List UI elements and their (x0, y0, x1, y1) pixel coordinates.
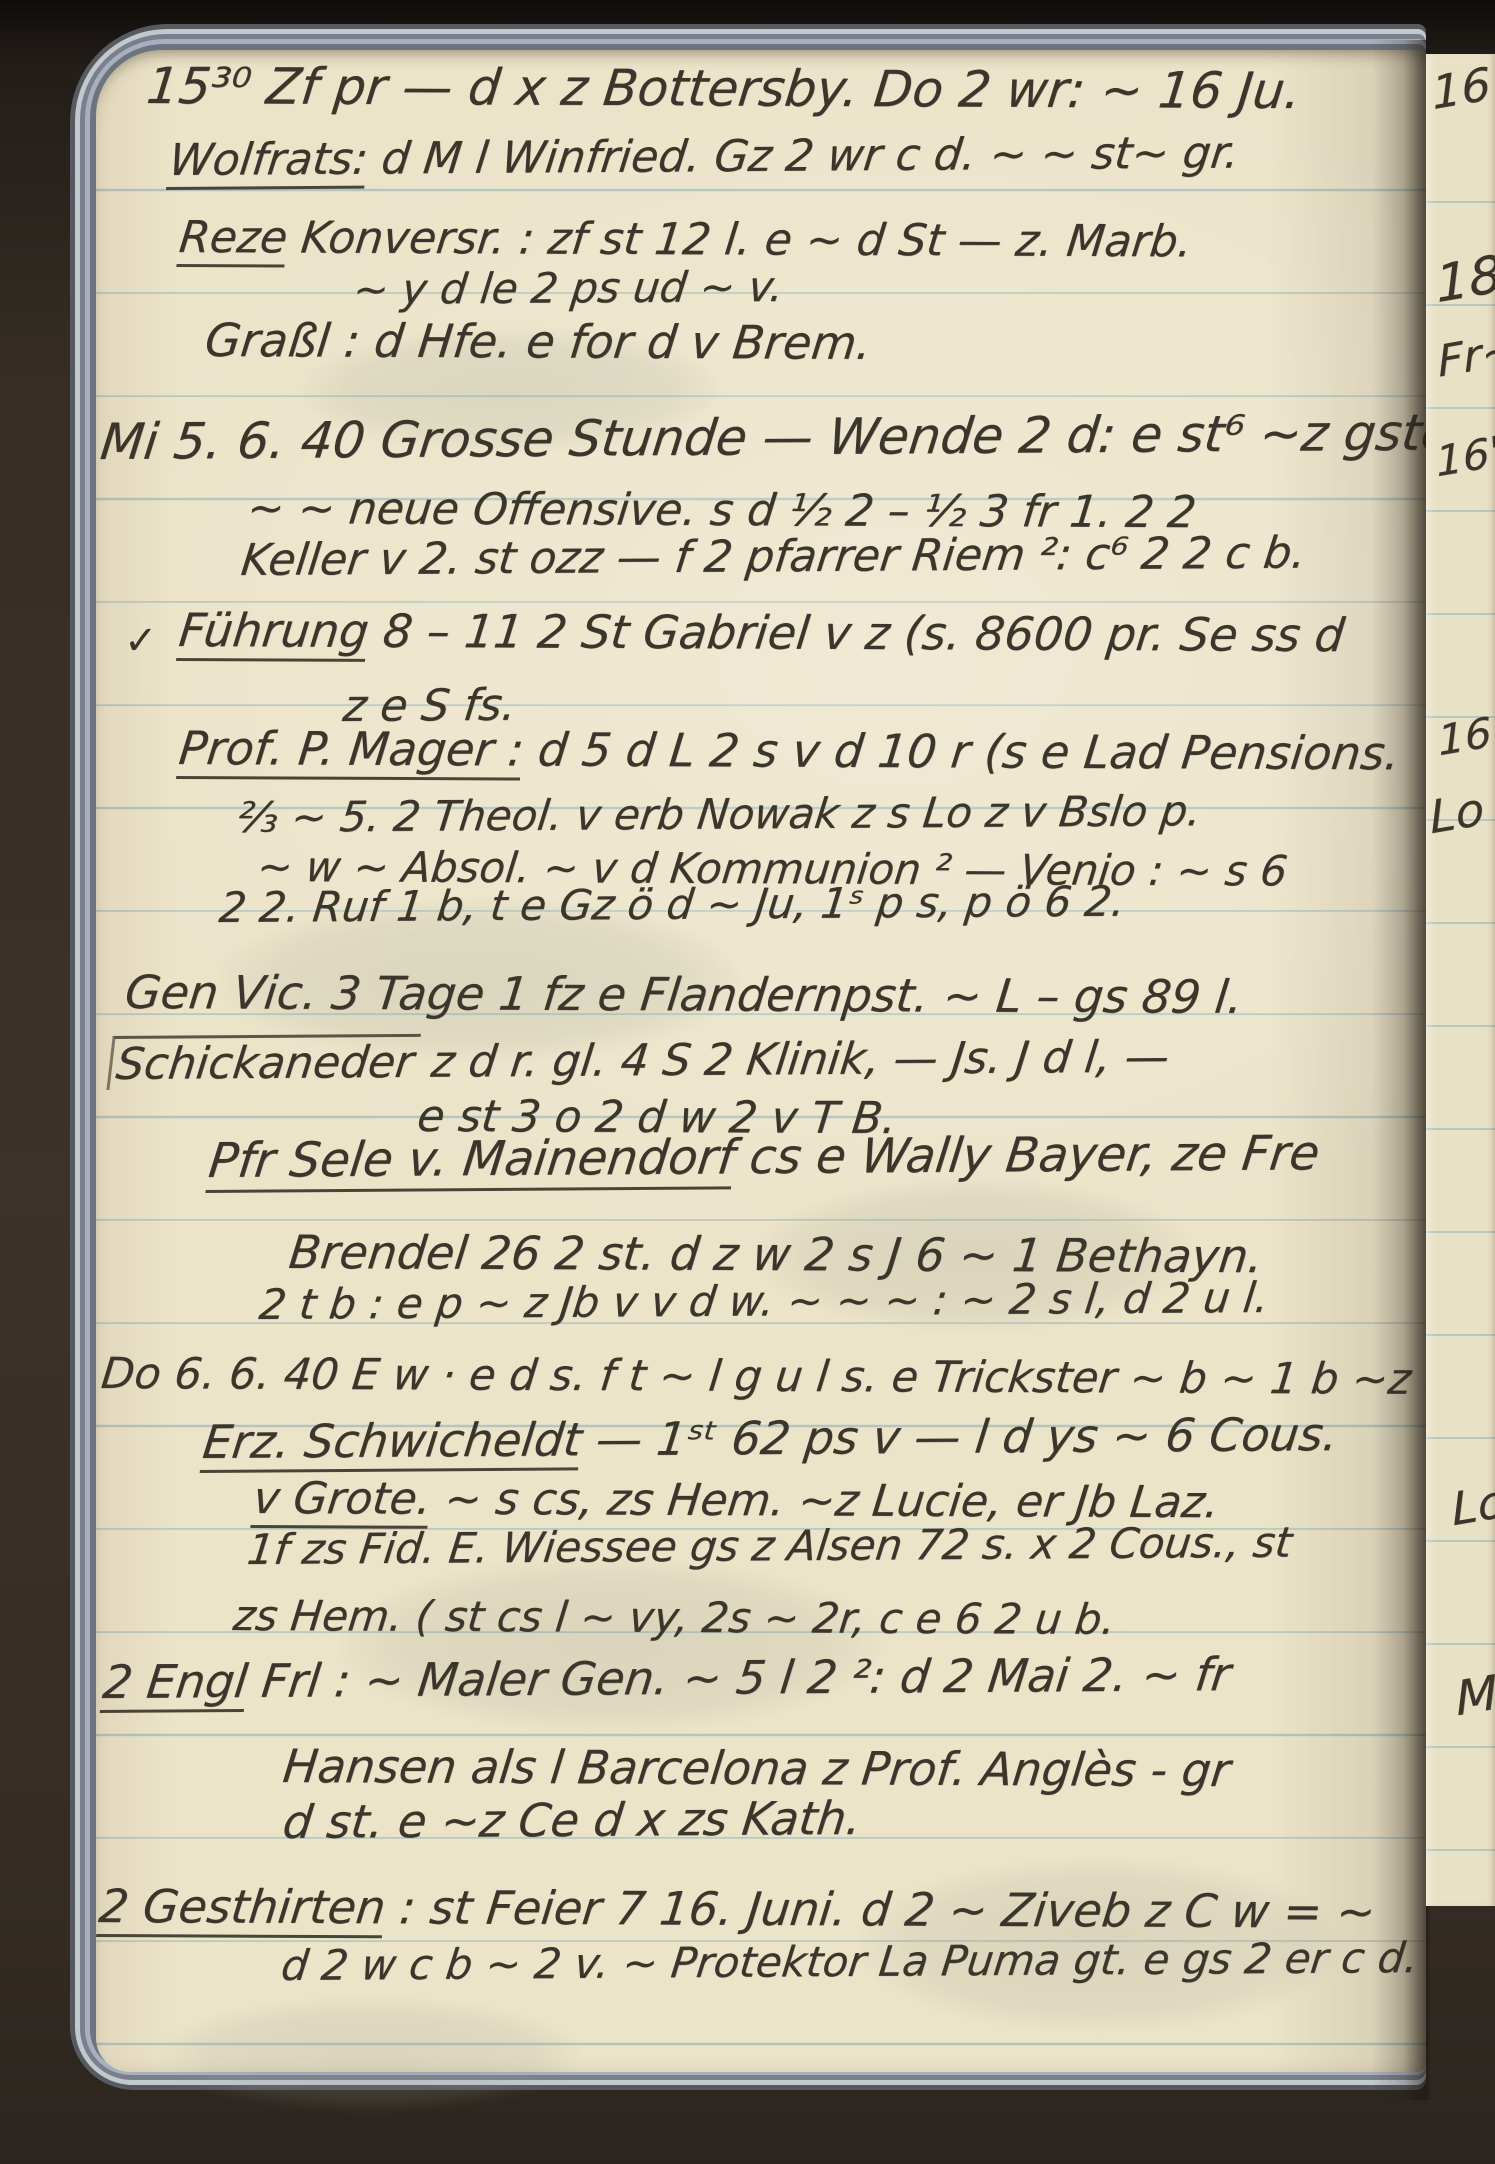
line-text: 8 – 11 2 St Gabriel v z (s. 8600 pr. Se … (366, 604, 1347, 662)
line-text: zs Hem. ( st cs l ~ vy, 2s ~ 2r, c e 6 2… (231, 1591, 1118, 1644)
gutter-shadow (1372, 40, 1430, 2100)
line-text: Mi 5. 6. 40 Grosse Stunde — Wende 2 d: e… (98, 403, 1495, 471)
diary-photo: ✓ 15³⁰ Zf pr — d x z Bottersby. Do 2 wr:… (0, 0, 1495, 2164)
line-text: cs e Wally Bayer, ze Fre (731, 1125, 1322, 1185)
facing-page-fragment: 16 (1436, 708, 1493, 766)
handwriting-line: Prof. P. Mager : d 5 d L 2 s v d 10 r (s… (177, 724, 1402, 778)
handwriting-line: 2 Gesthirten : st Feier 7 16. Juni. d 2 … (97, 1882, 1378, 1936)
handwriting-line: 1f zs Fid. E. Wiessee gs z Alsen 72 s. x… (245, 1521, 1294, 1572)
line-text: : st Feier 7 16. Juni. d 2 ~ Ziveb z C w… (382, 1880, 1378, 1938)
underlined-heading: Führung (176, 603, 372, 662)
handwriting-line: Hansen als l Barcelona z Prof. Anglès - … (281, 1742, 1233, 1794)
check-mark: ✓ (124, 618, 158, 664)
facing-page-fragment: Lo (1450, 1474, 1495, 1537)
handwriting-line: 15³⁰ Zf pr — d x z Bottersby. Do 2 wr: ~… (144, 60, 1303, 118)
line-text: Konversr. : zf st 12 l. e ~ d St — z. Ma… (285, 212, 1195, 267)
handwriting-line: Schickaneder z d r. gl. 4 S 2 Klinik, — … (107, 1035, 1172, 1089)
underlined-heading: v Grote. (250, 1473, 433, 1529)
underlined-heading: Prof. P. Mager : (176, 721, 527, 781)
line-text: 15³⁰ Zf pr — d x z Bottersby. Do 2 wr: ~… (144, 57, 1304, 120)
line-text: 1f zs Fid. E. Wiessee gs z Alsen 72 s. x… (245, 1518, 1295, 1574)
handwriting-line: Graßl : d Hfe. e for d v Brem. (203, 316, 874, 367)
line-text: Frl : ~ Maler Gen. ~ 5 l 2 ²: d 2 Mai 2.… (244, 1647, 1233, 1708)
line-text: 2 2. Ruf 1 b, t e Gz ö d ~ Ju, 1ˢ p s, p… (217, 877, 1128, 932)
handwriting-line: 2 2. Ruf 1 b, t e Gz ö d ~ Ju, 1ˢ p s, p… (217, 880, 1128, 930)
line-text: ~ y d le 2 ps ud ~ v. (351, 262, 787, 314)
line-text: 2 t b : e p ~ z Jb v v d w. ~ ~ ~ : ~ 2 … (257, 1273, 1272, 1329)
handwriting-line: zs Hem. ( st cs l ~ vy, 2s ~ 2r, c e 6 2… (231, 1594, 1117, 1642)
handwriting-line: Erz. Schwicheldt — 1ˢᵗ 62 ps v — l d ys … (200, 1410, 1340, 1466)
handwriting-line: Brendel 26 2 st. d z w 2 s J 6 ~ 1 Betha… (287, 1228, 1266, 1281)
handwriting-line: Keller v 2. st ozz — f 2 pfarrer Riem ²:… (239, 531, 1309, 585)
handwriting-line: Do 6. 6. 40 E w · e d s. f t ~ l g u l s… (99, 1352, 1454, 1403)
handwriting-line: 2 t b : e p ~ z Jb v v d w. ~ ~ ~ : ~ 2 … (257, 1276, 1271, 1327)
handwriting-line: d 2 w c b ~ 2 v. ~ Protektor La Puma gt.… (279, 1936, 1421, 1988)
facing-page-fragment: 16' (1434, 427, 1495, 487)
line-text: z d r. gl. 4 S 2 Klinik, — Js. J d l, — (415, 1032, 1172, 1088)
handwriting-line: Führung 8 – 11 2 St Gabriel v z (s. 8600… (177, 606, 1347, 659)
facing-page-fragment: M (1454, 1665, 1495, 1727)
handwriting-line: Reze Konversr. : zf st 12 l. e ~ d St — … (177, 215, 1194, 266)
handwriting-line: Mi 5. 6. 40 Grosse Stunde — Wende 2 d: e… (98, 406, 1495, 468)
handwriting-line: d st. e ~z Ce d x zs Kath. (280, 1794, 863, 1846)
underlined-heading: Erz. Schwicheldt (200, 1412, 585, 1473)
line-text: — 1ˢᵗ 62 ps v — l d ys ~ 6 Cous. (579, 1407, 1341, 1466)
handwriting-line: Pfr Sele v. Mainendorf cs e Wally Bayer,… (206, 1128, 1322, 1186)
handwriting-line: Wolfrats: d M l Winfried. Gz 2 wr c d. ~… (167, 131, 1242, 185)
handwriting-line: 2 Engl Frl : ~ Maler Gen. ~ 5 l 2 ²: d 2… (100, 1650, 1233, 1706)
handwriting-line: ⅔ ~ 5. 2 Theol. v erb Nowak z s Lo z v B… (235, 789, 1203, 840)
boxed-heading: Schickaneder (106, 1034, 420, 1090)
ink-bleedthrough (160, 2000, 580, 2110)
handwriting-line: Gen Vic. 3 Tage 1 fz e Flandernpst. ~ L … (123, 968, 1245, 1021)
line-text: ⅔ ~ 5. 2 Theol. v erb Nowak z s Lo z v B… (235, 786, 1204, 842)
handwriting-line: ~ y d le 2 ps ud ~ v. (351, 265, 786, 312)
underlined-heading: Pfr Sele v. Mainendorf (205, 1129, 737, 1193)
line-text: Do 6. 6. 40 E w · e d s. f t ~ l g u l s… (99, 1349, 1455, 1405)
line-text: d 2 w c b ~ 2 v. ~ Protektor La Puma gt.… (279, 1933, 1421, 1990)
line-text: Graßl : d Hfe. e for d v Brem. (202, 313, 874, 370)
line-text: Hansen als l Barcelona z Prof. Anglès - … (280, 1739, 1233, 1797)
line-text: d M l Winfried. Gz 2 wr c d. ~ ~ st~ gr. (365, 128, 1242, 185)
line-text: Gen Vic. 3 Tage 1 fz e Flandernpst. ~ L … (122, 965, 1245, 1024)
underlined-heading: Wolfrats: (166, 134, 371, 190)
underlined-heading: 2 Engl (100, 1654, 251, 1713)
line-text: Keller v 2. st ozz — f 2 pfarrer Riem ²:… (238, 528, 1308, 586)
underlined-heading: Reze (176, 212, 290, 267)
line-text: d 5 d L 2 s v d 10 r (s e Lad Pensions. (521, 723, 1403, 781)
line-text: d st. e ~z Ce d x zs Kath. (280, 1791, 864, 1849)
underlined-heading: 2 Gesthirten (96, 1879, 388, 1938)
facing-page-fragment: Lo (1428, 782, 1486, 845)
